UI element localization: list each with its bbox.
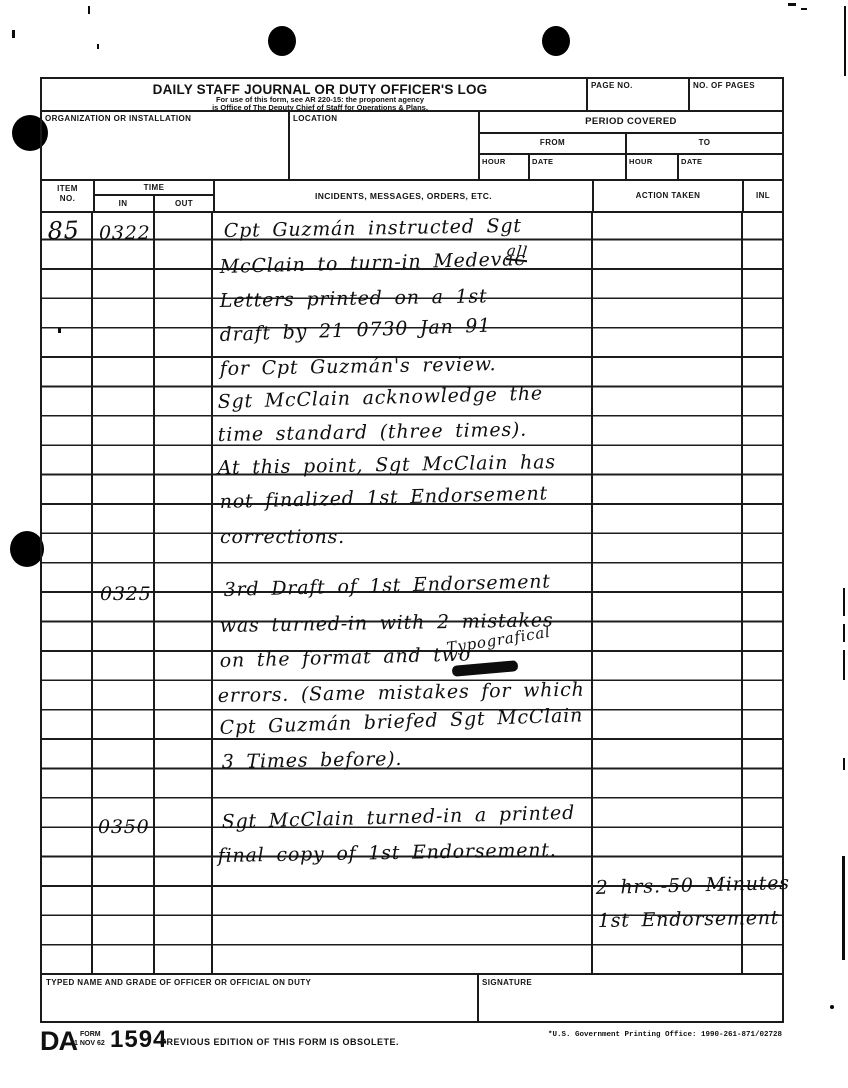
scan-speck (97, 44, 99, 49)
form-prefix: DA (40, 1026, 77, 1057)
handwritten-item-no: 85 (47, 218, 80, 243)
handwritten-line: time standard (three times). (218, 421, 528, 445)
form-number: 1594 (110, 1026, 167, 1054)
action-taken-note: 1st Endorsement (598, 909, 780, 931)
signature-label: SIGNATURE (482, 978, 532, 987)
incidents-header: INCIDENTS, MESSAGES, ORDERS, ETC. (213, 191, 594, 201)
scan-speck (88, 6, 90, 14)
handwritten-line: corrections. (220, 528, 345, 547)
column-line-inl (741, 211, 743, 975)
scan-speck (830, 1005, 834, 1009)
to-date-label: DATE (681, 157, 702, 166)
to-label: TO (625, 138, 784, 147)
handwritten-time-in: 0350 (98, 818, 150, 837)
inserted-word: all (506, 243, 529, 262)
binder-hole-icon (542, 26, 570, 56)
handwritten-time-in: 0322 (99, 224, 151, 243)
punch-hole-icon (10, 531, 44, 567)
to-hour-label: HOUR (629, 157, 653, 166)
page-edge-mark (843, 650, 845, 680)
time-header: TIME (93, 183, 215, 192)
scanned-da-form-1594: DAILY STAFF JOURNAL OR DUTY OFFICER'S LO… (0, 0, 848, 1088)
in-header: IN (93, 199, 153, 208)
binder-hole-icon (268, 26, 296, 56)
handwritten-time-in: 0325 (100, 585, 152, 604)
action-taken-note: 2 hrs.-50 Minutes (596, 874, 791, 898)
handwritten-line: Letters printed on a 1st (220, 287, 488, 311)
from-label: FROM (478, 138, 627, 147)
inl-header: INL (742, 191, 784, 200)
item-no-header: ITEM NO. (40, 184, 95, 205)
handwritten-line: 3 Times before). (222, 750, 403, 772)
period-covered-label: PERIOD COVERED (478, 116, 784, 127)
from-date-label: DATE (532, 157, 553, 166)
form-word-label: FORM (80, 1031, 101, 1038)
scan-speck (801, 8, 807, 10)
column-line-action (591, 211, 593, 975)
handwritten-line: Cpt Guzmán instructed Sgt (224, 217, 522, 241)
obsolete-note: PREVIOUS EDITION OF THIS FORM IS OBSOLET… (160, 1037, 399, 1047)
page-edge-mark (843, 624, 845, 642)
page-edge-mark (843, 758, 845, 770)
organization-label: ORGANIZATION OR INSTALLATION (45, 114, 191, 123)
handwritten-line: for Cpt Guzmán's review. (220, 355, 497, 379)
no-of-pages-label: NO. OF PAGES (693, 81, 755, 90)
page-edge-mark (843, 588, 845, 616)
scan-speck (788, 3, 796, 6)
out-header: OUT (153, 199, 215, 208)
typed-name-label: TYPED NAME AND GRADE OF OFFICER OR OFFIC… (46, 978, 311, 987)
column-line-in (153, 211, 155, 975)
location-label: LOCATION (293, 114, 337, 123)
page-edge-mark (844, 6, 846, 76)
action-taken-header: ACTION TAKEN (592, 191, 744, 200)
form-date-label: 1 NOV 62 (74, 1040, 105, 1047)
gpo-imprint: *U.S. Government Printing Office: 1990-2… (548, 1031, 782, 1039)
page-no-label: PAGE NO. (591, 81, 633, 90)
page-edge-mark (842, 856, 845, 960)
from-hour-label: HOUR (482, 157, 506, 166)
column-line-item (91, 211, 93, 975)
scan-speck (12, 30, 15, 38)
column-line-incidents (211, 211, 213, 975)
